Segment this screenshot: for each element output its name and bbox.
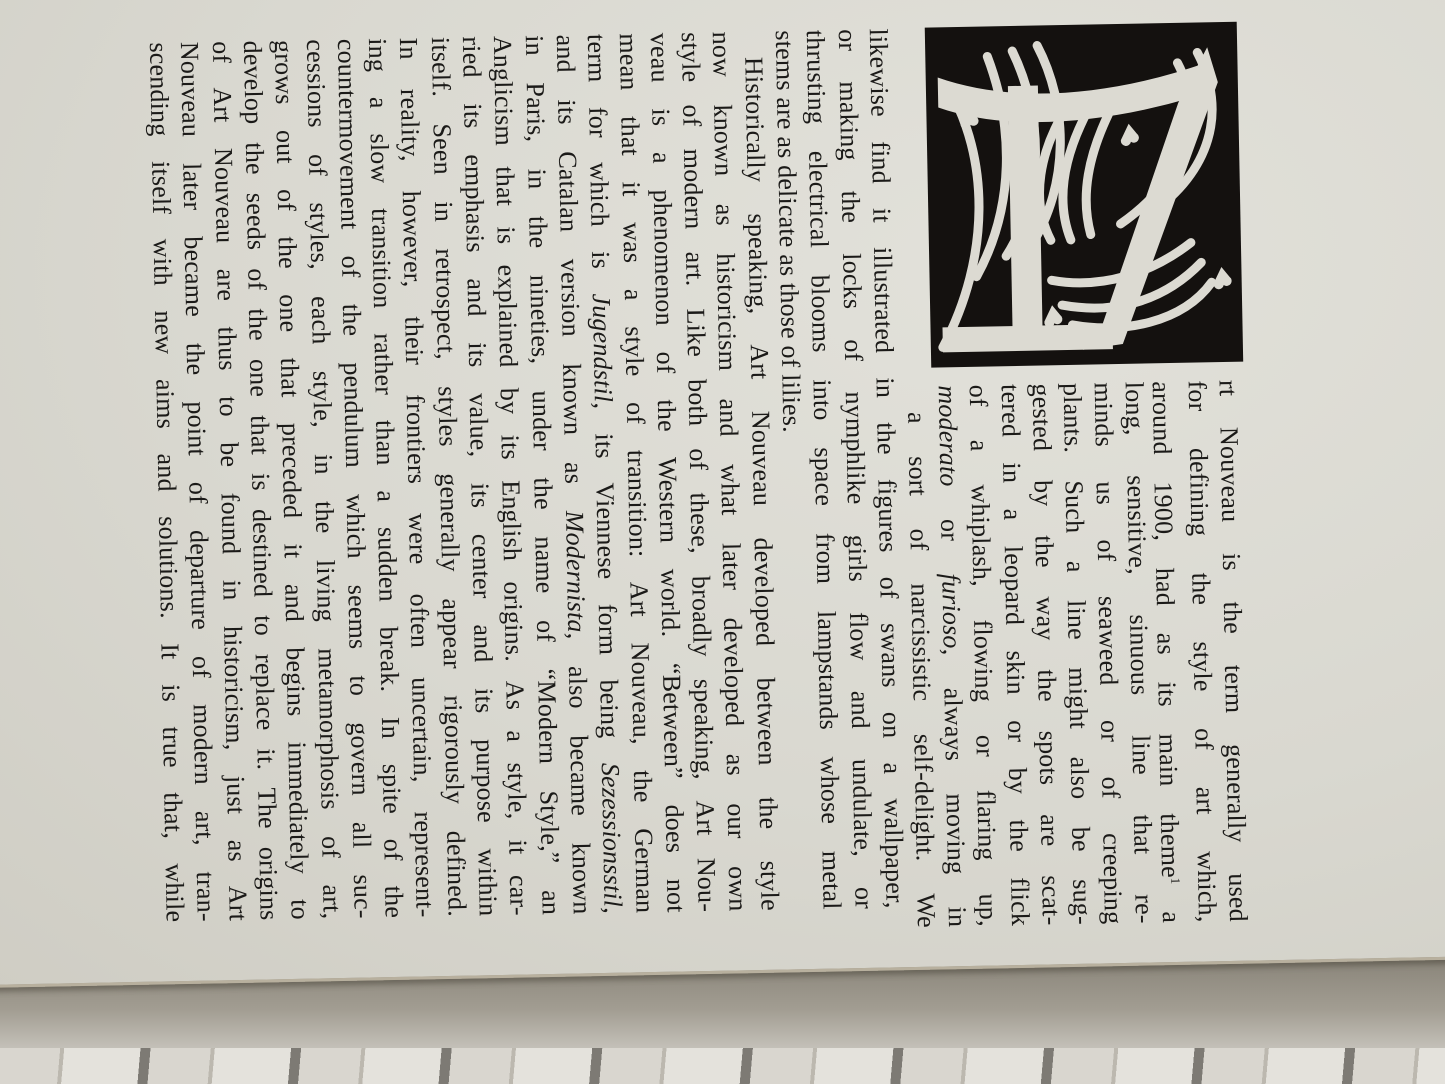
opening-block: rt Nouveau is the term generally used fo… bbox=[894, 22, 1254, 928]
rotated-text-frame: rt Nouveau is the term generally used fo… bbox=[0, 22, 1254, 947]
ornamental-dropcap-a-icon bbox=[925, 22, 1243, 368]
italic-term: furioso bbox=[937, 573, 967, 649]
beside-dropcap-text: rt Nouveau is the term generally used fo… bbox=[901, 380, 1254, 928]
italic-term: Sezessionsstil bbox=[596, 762, 628, 907]
text-segment: , also became known bbox=[562, 632, 596, 914]
italic-term: Modernista bbox=[560, 510, 591, 632]
marble-table-surface bbox=[0, 1048, 1445, 1084]
text-segment: a bbox=[1156, 884, 1186, 923]
italic-term: moderato bbox=[933, 385, 964, 487]
text-segment: or bbox=[935, 486, 966, 573]
italic-term: Jugendstil bbox=[587, 293, 618, 402]
book-page: rt Nouveau is the term generally used fo… bbox=[0, 0, 1445, 988]
text-segment: , its Viennese form being bbox=[589, 402, 625, 763]
text-segment: , bbox=[599, 907, 628, 914]
text-segment: term for which is bbox=[582, 34, 616, 294]
text-segment: , always moving in bbox=[938, 648, 972, 927]
body-text: likewise find it illustrated in the figu… bbox=[143, 28, 911, 922]
